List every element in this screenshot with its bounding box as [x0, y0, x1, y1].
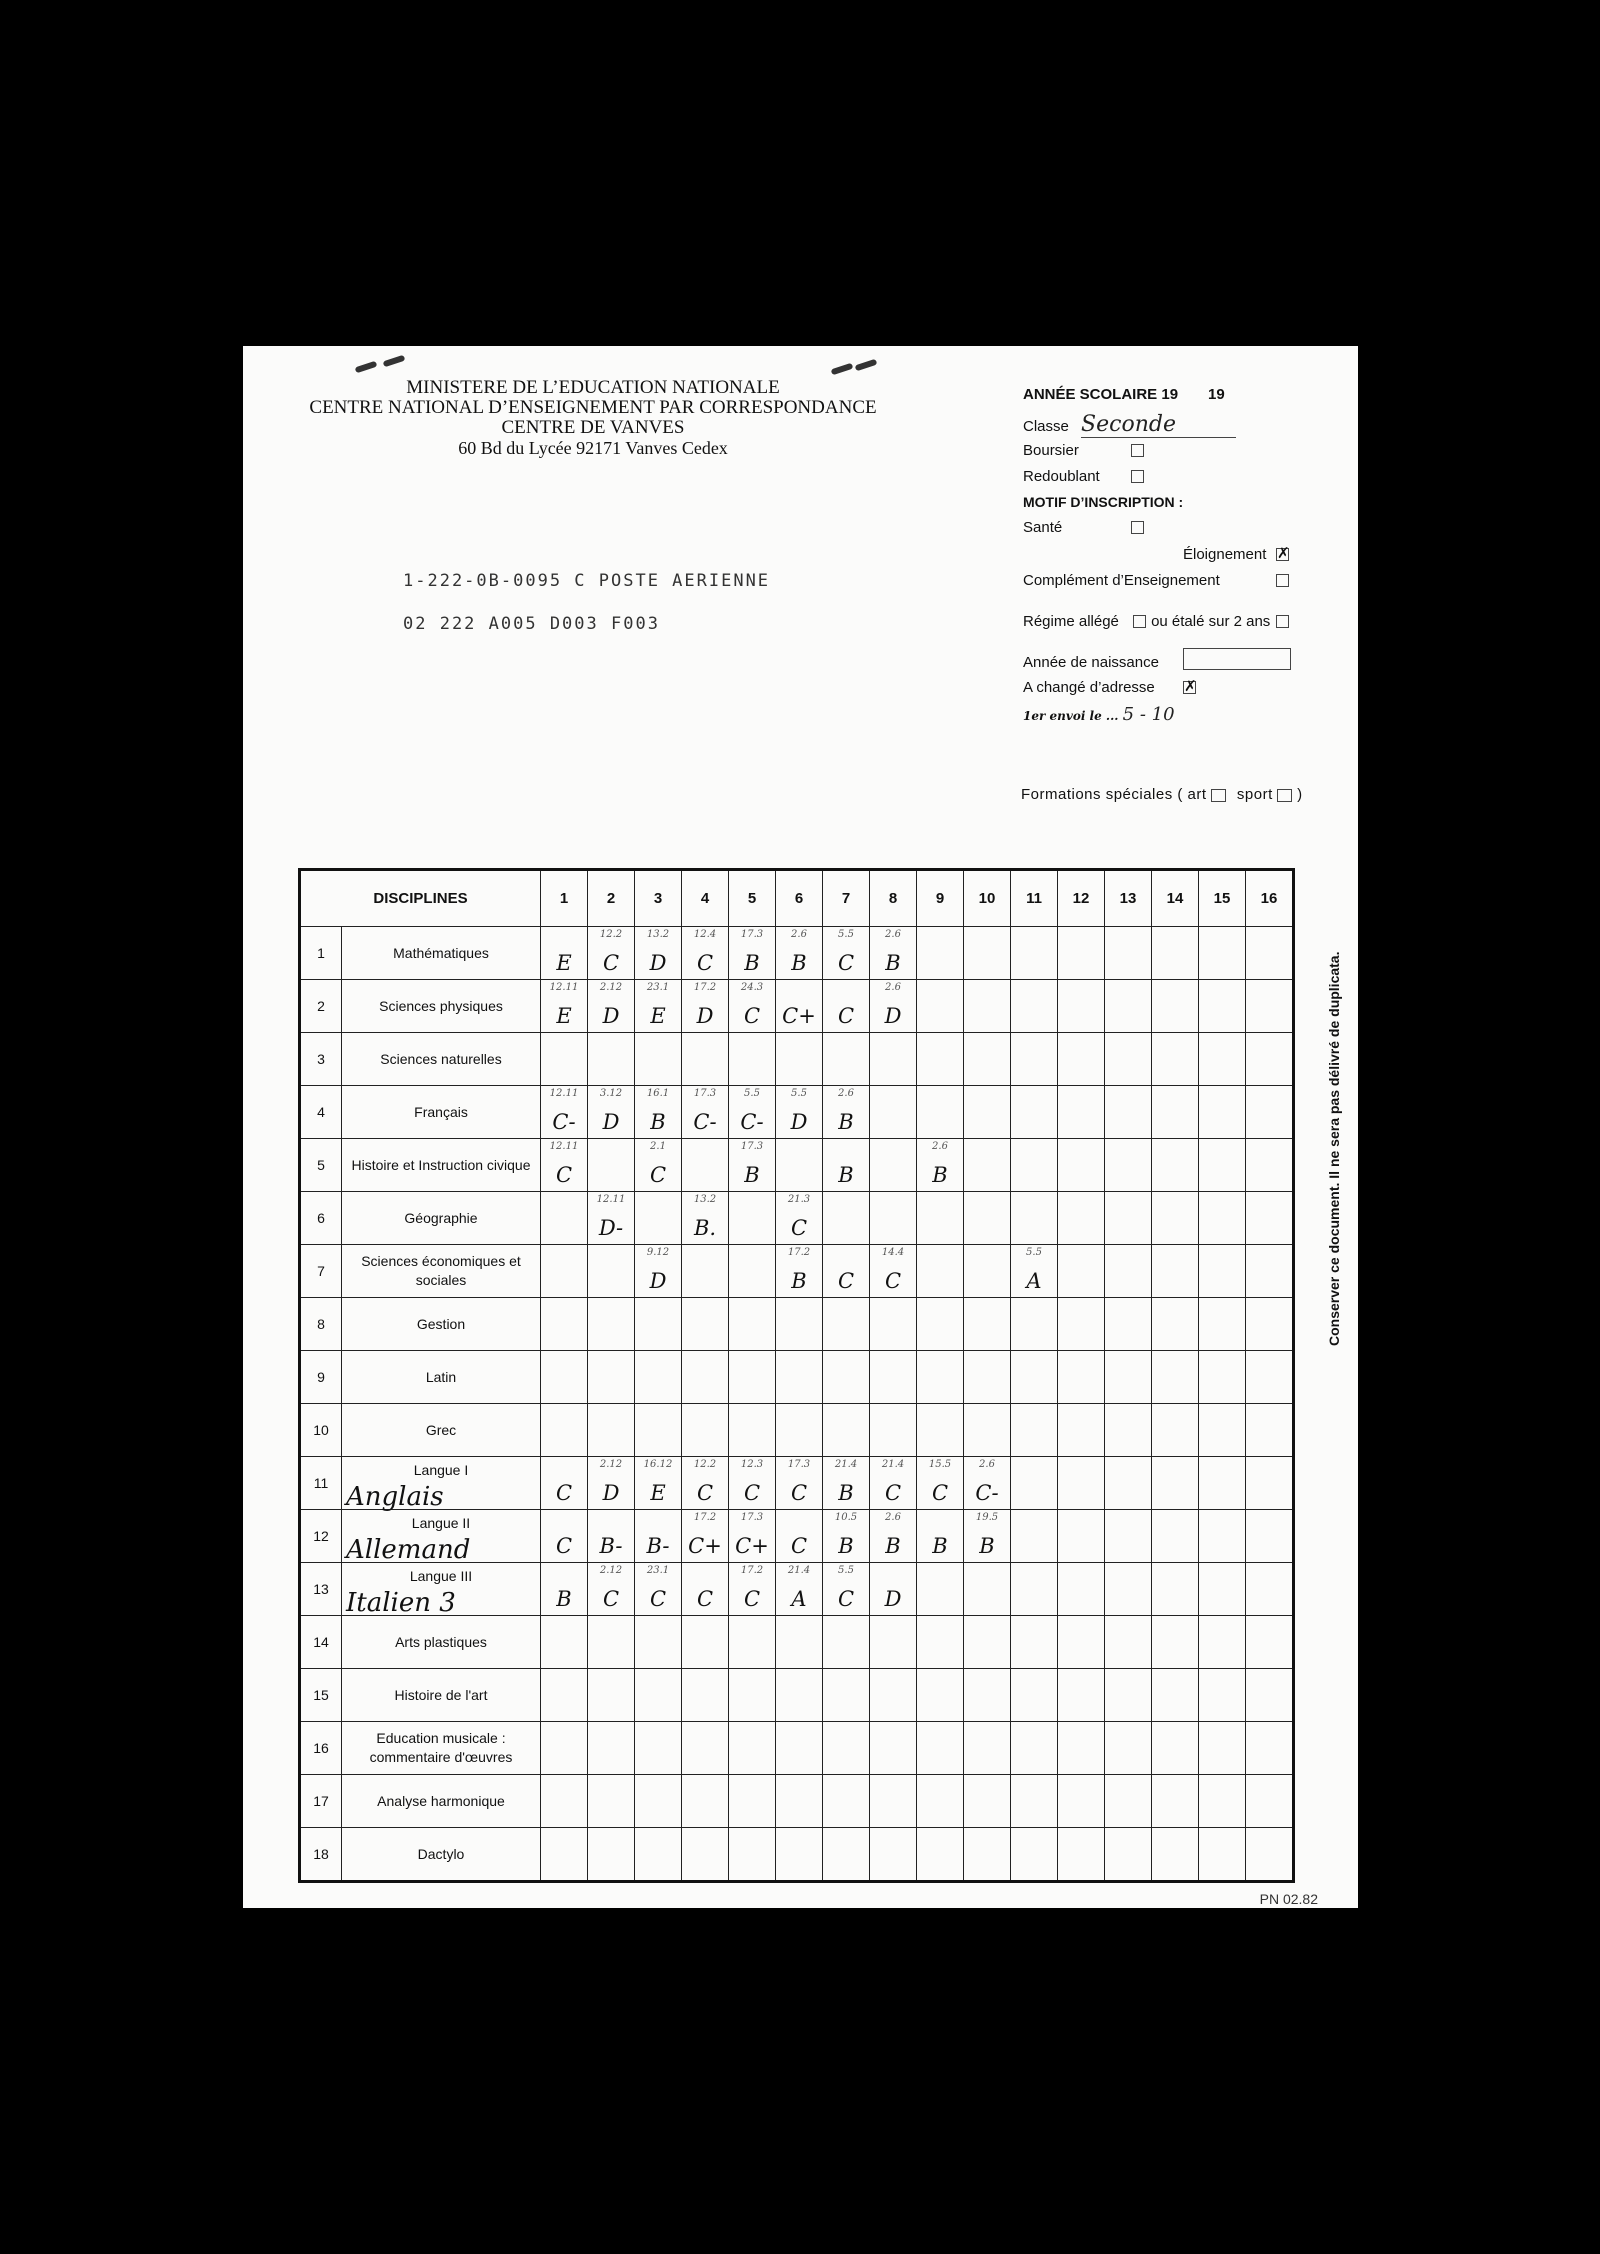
regime-label: Régime allégé ou étalé sur 2 ans — [1023, 613, 1270, 630]
grade-cell — [776, 1828, 823, 1882]
grade-cell — [917, 1775, 964, 1828]
grade-cell — [1152, 1669, 1199, 1722]
grade-cell — [964, 1722, 1011, 1775]
grade-cell — [588, 1139, 635, 1192]
grade-cell: 12.11D- — [588, 1192, 635, 1245]
grade-date-note: 12.3 — [729, 1459, 775, 1470]
grade-cell — [1152, 980, 1199, 1033]
grade-cell — [1058, 1351, 1105, 1404]
boursier-checkbox[interactable] — [1131, 444, 1144, 457]
discipline-label: Latin — [342, 1351, 541, 1404]
grade-cell — [1105, 1298, 1152, 1351]
grade-cell — [776, 1033, 823, 1086]
grade-cell — [1105, 927, 1152, 980]
discipline-label: Mathématiques — [342, 927, 541, 980]
ministry-title: MINISTERE DE L’EDUCATION NATIONALE — [263, 378, 923, 398]
grade-cell: 21.4B — [823, 1457, 870, 1510]
grade-cell — [682, 1669, 729, 1722]
grade-cell: 17.3C- — [682, 1086, 729, 1139]
grade-cell — [1152, 1139, 1199, 1192]
sante-checkbox[interactable] — [1131, 521, 1144, 534]
grade-letter: C — [682, 951, 728, 975]
grade-cell — [682, 1722, 729, 1775]
grade-cell — [1058, 1033, 1105, 1086]
grade-cell: 10.5B — [823, 1510, 870, 1563]
grade-cell — [1011, 1192, 1058, 1245]
grade-cell — [1152, 1086, 1199, 1139]
grade-letter: B — [729, 951, 775, 975]
grade-cell — [870, 1722, 917, 1775]
grade-cell: B — [823, 1139, 870, 1192]
grade-cell: C — [682, 1563, 729, 1616]
grade-letter: C — [541, 1534, 587, 1558]
grade-cell — [729, 1192, 776, 1245]
grade-cell — [1199, 1722, 1246, 1775]
grade-cell — [729, 1033, 776, 1086]
art-checkbox[interactable] — [1211, 789, 1226, 802]
grade-cell — [870, 1669, 917, 1722]
grade-cell — [1105, 1086, 1152, 1139]
grade-cell — [1105, 1033, 1152, 1086]
complement-checkbox[interactable] — [1276, 574, 1289, 587]
grade-cell — [1011, 1775, 1058, 1828]
grade-letter: E — [541, 951, 587, 975]
grade-cell — [1058, 1139, 1105, 1192]
column-header-1: 1 — [541, 870, 588, 927]
eloignement-checkbox[interactable] — [1276, 548, 1289, 561]
grade-cell — [1199, 1775, 1246, 1828]
grade-cell — [917, 1086, 964, 1139]
grade-letter: C — [729, 1481, 775, 1505]
discipline-label: Arts plastiques — [342, 1616, 541, 1669]
staple-mark — [383, 355, 406, 368]
grade-cell — [964, 1086, 1011, 1139]
grade-cell — [682, 1775, 729, 1828]
grade-letter: C — [776, 1216, 822, 1240]
grade-date-note: 2.6 — [917, 1141, 963, 1152]
grade-cell — [870, 1033, 917, 1086]
column-header-8: 8 — [870, 870, 917, 927]
adresse-checkbox[interactable] — [1183, 681, 1196, 694]
centre-vanves: CENTRE DE VANVES — [263, 418, 923, 438]
centre-title: CENTRE NATIONAL D’ENSEIGNEMENT PAR CORRE… — [263, 398, 923, 418]
grade-cell — [588, 1404, 635, 1457]
grade-date-note: 12.11 — [541, 1141, 587, 1152]
grade-letter: D — [588, 1004, 634, 1028]
grade-date-note: 2.1 — [635, 1141, 681, 1152]
redoublant-checkbox[interactable] — [1131, 470, 1144, 483]
sante-label: Santé — [1023, 519, 1062, 536]
row-number: 14 — [300, 1616, 342, 1669]
grade-cell — [870, 1828, 917, 1882]
grade-date-note: 21.3 — [776, 1194, 822, 1205]
grade-cell — [964, 1616, 1011, 1669]
column-header-5: 5 — [729, 870, 776, 927]
grade-date-note: 12.11 — [541, 1088, 587, 1099]
grade-letter: C — [776, 1534, 822, 1558]
language-slot-label: Langue I — [342, 1461, 540, 1480]
grade-date-note: 13.2 — [682, 1194, 728, 1205]
table-row: 11Langue IAnglaisC2.12D16.12E12.2C12.3C1… — [300, 1457, 1294, 1510]
column-header-11: 11 — [1011, 870, 1058, 927]
grade-cell — [1152, 1828, 1199, 1882]
grade-cell — [870, 1086, 917, 1139]
grade-cell — [729, 1351, 776, 1404]
grade-cell — [1152, 1616, 1199, 1669]
table-row: 8Gestion — [300, 1298, 1294, 1351]
grade-cell — [635, 1404, 682, 1457]
table-row: 9Latin — [300, 1351, 1294, 1404]
eloignement-label: Éloignement — [1183, 546, 1266, 563]
grade-cell — [1246, 980, 1294, 1033]
grade-cell — [917, 1404, 964, 1457]
grade-date-note: 21.4 — [776, 1565, 822, 1576]
grade-cell — [776, 1404, 823, 1457]
grade-cell — [1246, 1033, 1294, 1086]
grade-letter: E — [541, 1004, 587, 1028]
grade-cell: 16.1B — [635, 1086, 682, 1139]
grade-date-note: 2.12 — [588, 1459, 634, 1470]
grade-date-note: 17.3 — [682, 1088, 728, 1099]
grade-cell — [964, 1298, 1011, 1351]
grade-cell — [1246, 1616, 1294, 1669]
row-number: 12 — [300, 1510, 342, 1563]
report-card-page: MINISTERE DE L’EDUCATION NATIONALE CENTR… — [243, 346, 1358, 1908]
grade-cell — [1199, 1457, 1246, 1510]
grade-cell — [1199, 1510, 1246, 1563]
grade-cell — [1199, 1033, 1246, 1086]
grade-cell — [776, 1298, 823, 1351]
grade-cell — [964, 980, 1011, 1033]
row-number: 7 — [300, 1245, 342, 1298]
grade-cell — [635, 1351, 682, 1404]
grade-cell — [1246, 1086, 1294, 1139]
grade-letter: C — [823, 1587, 869, 1611]
grade-cell — [964, 1033, 1011, 1086]
grade-letter: B — [541, 1587, 587, 1611]
grade-cell — [1105, 1510, 1152, 1563]
grade-cell — [964, 1828, 1011, 1882]
table-row: 7Sciences économiques et sociales9.12D17… — [300, 1245, 1294, 1298]
grade-date-note: 17.3 — [729, 1512, 775, 1523]
grade-letter: C — [635, 1587, 681, 1611]
grade-cell: 17.3B — [729, 1139, 776, 1192]
grade-cell — [1011, 1351, 1058, 1404]
grade-cell — [1105, 1245, 1152, 1298]
grade-cell: 5.5A — [1011, 1245, 1058, 1298]
grade-cell — [917, 1828, 964, 1882]
grade-cell — [1152, 1775, 1199, 1828]
grade-cell — [776, 1616, 823, 1669]
grade-date-note: 23.1 — [635, 982, 681, 993]
grade-cell — [1105, 980, 1152, 1033]
grade-cell — [635, 1669, 682, 1722]
grade-cell — [541, 1192, 588, 1245]
grade-cell — [588, 1828, 635, 1882]
grade-cell: D — [870, 1563, 917, 1616]
discipline-label: Sciences naturelles — [342, 1033, 541, 1086]
grade-cell — [776, 1775, 823, 1828]
grade-cell — [1199, 927, 1246, 980]
grade-letter: C — [541, 1481, 587, 1505]
grade-letter: C — [588, 951, 634, 975]
grade-cell — [1246, 1298, 1294, 1351]
grade-date-note: 9.12 — [635, 1247, 681, 1258]
row-number: 3 — [300, 1033, 342, 1086]
column-header-10: 10 — [964, 870, 1011, 927]
grade-cell: 2.6B — [870, 927, 917, 980]
first-dispatch: 1er envoi le ... 5 - 10 — [1023, 704, 1175, 725]
grade-letter: C+ — [682, 1534, 728, 1558]
grade-cell — [1105, 1669, 1152, 1722]
grade-cell — [729, 1722, 776, 1775]
disciplines-header: DISCIPLINES — [300, 870, 541, 927]
grade-cell — [588, 1775, 635, 1828]
grade-cell: 2.6C- — [964, 1457, 1011, 1510]
grade-cell — [1105, 1563, 1152, 1616]
grade-letter: D — [635, 951, 681, 975]
grade-cell: 9.12D — [635, 1245, 682, 1298]
grade-date-note: 3.12 — [588, 1088, 634, 1099]
grade-cell: 17.3B — [729, 927, 776, 980]
grade-date-note: 2.6 — [776, 929, 822, 940]
grade-cell — [1011, 1510, 1058, 1563]
grade-cell — [1058, 1192, 1105, 1245]
grade-letter: A — [776, 1587, 822, 1611]
row-number: 13 — [300, 1563, 342, 1616]
grade-date-note: 13.2 — [635, 929, 681, 940]
grade-date-note: 10.5 — [823, 1512, 869, 1523]
grade-cell — [682, 1351, 729, 1404]
grade-cell — [1011, 1086, 1058, 1139]
grade-letter: B — [870, 951, 916, 975]
table-row: 4Français12.11C-3.12D16.1B17.3C-5.5C-5.5… — [300, 1086, 1294, 1139]
grade-cell — [870, 1404, 917, 1457]
grade-cell — [1246, 1828, 1294, 1882]
naissance-label: Année de naissance — [1023, 654, 1159, 671]
grade-cell — [635, 1828, 682, 1882]
grades-table: DISCIPLINES 12345678910111213141516 1Mat… — [298, 868, 1295, 1883]
grade-cell — [1058, 1245, 1105, 1298]
grade-cell: 15.5C — [917, 1457, 964, 1510]
grade-date-note: 21.4 — [823, 1459, 869, 1470]
discipline-label: Sciences physiques — [342, 980, 541, 1033]
grade-letter: C+ — [729, 1534, 775, 1558]
grade-letter: B — [917, 1163, 963, 1187]
column-header-7: 7 — [823, 870, 870, 927]
row-number: 18 — [300, 1828, 342, 1882]
grade-cell — [1011, 1722, 1058, 1775]
grade-cell: 12.3C — [729, 1457, 776, 1510]
grade-cell — [729, 1775, 776, 1828]
grade-cell: 17.2D — [682, 980, 729, 1033]
school-year-label: ANNÉE SCOLAIRE 1919 — [1023, 386, 1225, 403]
grade-cell — [635, 1298, 682, 1351]
grade-cell — [541, 1775, 588, 1828]
grade-cell — [964, 1245, 1011, 1298]
grade-letter: B — [776, 1269, 822, 1293]
form-code: PN 02.82 — [1260, 1891, 1318, 1907]
grade-letter: E — [635, 1481, 681, 1505]
boursier-label: Boursier — [1023, 442, 1079, 459]
column-header-6: 6 — [776, 870, 823, 927]
grade-cell: 2.6B — [776, 927, 823, 980]
grade-letter: D — [635, 1269, 681, 1293]
grade-cell — [1105, 1722, 1152, 1775]
grade-letter: B- — [635, 1534, 681, 1558]
grade-cell — [1011, 980, 1058, 1033]
staple-mark — [855, 359, 878, 372]
grade-cell — [917, 1298, 964, 1351]
first-dispatch-date: 5 - 10 — [1123, 704, 1175, 725]
grade-cell — [1199, 1298, 1246, 1351]
grade-cell — [964, 1404, 1011, 1457]
grade-cell — [635, 1033, 682, 1086]
grade-letter: C — [635, 1163, 681, 1187]
grade-cell — [1246, 1563, 1294, 1616]
formations-speciales: Formations spéciales ( art sport ) — [1021, 786, 1303, 803]
grade-cell — [635, 1775, 682, 1828]
grade-cell — [541, 1722, 588, 1775]
grade-cell — [1058, 1086, 1105, 1139]
grade-cell — [1246, 1139, 1294, 1192]
table-row: 14Arts plastiques — [300, 1616, 1294, 1669]
grade-date-note: 17.3 — [729, 929, 775, 940]
grade-cell: C+ — [776, 980, 823, 1033]
grade-cell — [870, 1351, 917, 1404]
table-row: 13Langue IIIItalien 3B2.12C23.1CC17.2C21… — [300, 1563, 1294, 1616]
grade-letter: C- — [729, 1110, 775, 1134]
address: 60 Bd du Lycée 92171 Vanves Cedex — [263, 438, 923, 458]
grade-date-note: 17.3 — [729, 1141, 775, 1152]
grade-cell — [541, 1404, 588, 1457]
grade-cell — [823, 1775, 870, 1828]
grade-cell: 12.11E — [541, 980, 588, 1033]
grade-cell — [1199, 1086, 1246, 1139]
grade-cell — [776, 1351, 823, 1404]
grade-cell — [729, 1404, 776, 1457]
grade-cell — [682, 1139, 729, 1192]
grade-cell — [1058, 1669, 1105, 1722]
grade-cell — [1105, 1457, 1152, 1510]
grade-cell: 23.1E — [635, 980, 682, 1033]
discipline-label: Dactylo — [342, 1828, 541, 1882]
grade-cell — [1152, 1563, 1199, 1616]
grade-cell — [823, 1404, 870, 1457]
grade-cell — [1246, 1351, 1294, 1404]
grade-cell: B- — [635, 1510, 682, 1563]
grade-cell — [1011, 1669, 1058, 1722]
grade-letter: C — [870, 1481, 916, 1505]
grade-letter: D — [870, 1587, 916, 1611]
grade-cell — [964, 927, 1011, 980]
grade-date-note: 21.4 — [870, 1459, 916, 1470]
grade-cell: 13.2D — [635, 927, 682, 980]
grade-letter: E — [635, 1004, 681, 1028]
grade-cell — [1199, 1192, 1246, 1245]
grade-cell — [964, 1563, 1011, 1616]
table-row: 18Dactylo — [300, 1828, 1294, 1882]
grade-cell — [917, 1192, 964, 1245]
table-row: 10Grec — [300, 1404, 1294, 1457]
regime-allege-checkbox[interactable] — [1133, 615, 1146, 628]
table-row: 15Histoire de l'art — [300, 1669, 1294, 1722]
grade-cell — [1152, 1404, 1199, 1457]
grade-cell — [823, 1033, 870, 1086]
grade-cell — [1011, 1563, 1058, 1616]
grade-cell: 5.5D — [776, 1086, 823, 1139]
sport-checkbox[interactable] — [1277, 789, 1292, 802]
grade-letter: C — [823, 1004, 869, 1028]
grade-cell: 2.6B — [823, 1086, 870, 1139]
side-notice: Conserver ce document. Il ne sera pas dé… — [1326, 952, 1342, 1346]
grade-cell: C — [541, 1510, 588, 1563]
grade-cell — [917, 927, 964, 980]
grade-cell: 2.6D — [870, 980, 917, 1033]
column-header-14: 14 — [1152, 870, 1199, 927]
grade-cell — [917, 1722, 964, 1775]
etale-checkbox[interactable] — [1276, 615, 1289, 628]
discipline-label: Français — [342, 1086, 541, 1139]
grade-cell — [1246, 1510, 1294, 1563]
grade-letter: C+ — [776, 1004, 822, 1028]
grade-cell: 12.2C — [682, 1457, 729, 1510]
grade-cell — [1199, 1245, 1246, 1298]
row-number: 6 — [300, 1192, 342, 1245]
grade-cell — [1199, 980, 1246, 1033]
grade-cell: 5.5C- — [729, 1086, 776, 1139]
grade-letter: B- — [588, 1534, 634, 1558]
grade-date-note: 2.6 — [870, 929, 916, 940]
grade-date-note: 17.2 — [729, 1565, 775, 1576]
grade-cell — [917, 1616, 964, 1669]
grade-cell: 14.4C — [870, 1245, 917, 1298]
grade-letter: B — [823, 1163, 869, 1187]
grade-cell: 16.12E — [635, 1457, 682, 1510]
grade-cell — [1058, 1563, 1105, 1616]
grade-cell — [1246, 927, 1294, 980]
row-number: 8 — [300, 1298, 342, 1351]
discipline-label: Langue IAnglais — [342, 1457, 541, 1510]
column-header-3: 3 — [635, 870, 682, 927]
grade-cell — [541, 1616, 588, 1669]
grade-cell — [1105, 1351, 1152, 1404]
grade-cell: 21.4A — [776, 1563, 823, 1616]
grade-cell: 2.12C — [588, 1563, 635, 1616]
row-number: 1 — [300, 927, 342, 980]
table-row: 2Sciences physiques12.11E2.12D23.1E17.2D… — [300, 980, 1294, 1033]
grade-cell — [682, 1033, 729, 1086]
grade-cell — [1011, 927, 1058, 980]
grade-letter: B — [917, 1534, 963, 1558]
grade-cell — [682, 1616, 729, 1669]
birth-year-field[interactable] — [1183, 648, 1291, 670]
grade-cell — [541, 1351, 588, 1404]
grade-cell — [964, 1351, 1011, 1404]
grade-letter: A — [1011, 1269, 1057, 1293]
grade-cell — [1105, 1775, 1152, 1828]
grade-cell — [917, 1351, 964, 1404]
grade-cell — [635, 1192, 682, 1245]
grade-date-note: 24.3 — [729, 982, 775, 993]
grade-cell — [635, 1616, 682, 1669]
grade-cell — [823, 1351, 870, 1404]
grade-date-note: 19.5 — [964, 1512, 1010, 1523]
grade-cell — [1105, 1192, 1152, 1245]
grade-cell — [823, 1828, 870, 1882]
grade-cell — [541, 1033, 588, 1086]
grade-cell — [1105, 1404, 1152, 1457]
